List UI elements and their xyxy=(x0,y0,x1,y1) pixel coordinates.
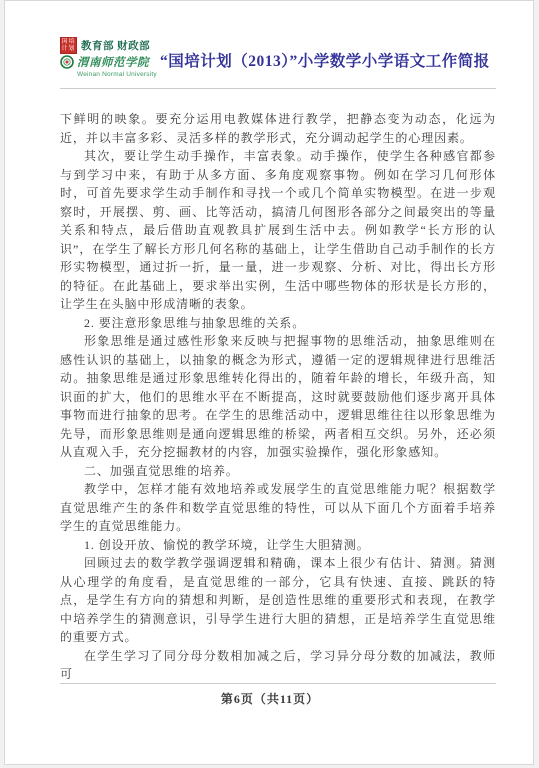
university-row: 渭南师范学院 xyxy=(60,54,160,70)
university-name-en: Weinan Normal University xyxy=(77,71,160,78)
paragraph: 在学生学习了同分母分数相加减之后，学习异分母分数的加减法，教师可 xyxy=(60,647,496,684)
logo-block: 国培 计划 教育部 财政部 渭南师范学院 Weinan Normal Unive… xyxy=(60,37,160,78)
document-page: 国培 计划 教育部 财政部 渭南师范学院 Weinan Normal Unive… xyxy=(4,0,534,765)
seal-text-line2: 计划 xyxy=(61,46,76,53)
paragraph: 回顾过去的数学教学强调逻辑和精确，课本上很少有估计、猜测。猜测从心理学的角度看，… xyxy=(60,554,496,647)
seal-text-line1: 国培 xyxy=(61,39,76,46)
section-heading: 二、加强直觉思维的培养。 xyxy=(60,462,496,481)
paragraph: 下鲜明的映象。要充分运用电教媒体进行教学，把静态变为动态，化远为近，并以丰富多彩… xyxy=(60,110,496,147)
paragraph: 教学中，怎样才能有效地培养或发展学生的直觉思维能力呢？根据数学直觉思维产生的条件… xyxy=(60,480,496,536)
paragraph: 形象思维是通过感性形象来反映与把握事物的思维活动，抽象思维则在感性认识的基础上，… xyxy=(60,332,496,462)
university-emblem-icon xyxy=(60,55,74,69)
document-body: 下鲜明的映象。要充分运用电教媒体进行教学，把静态变为动态，化远为近，并以丰富多彩… xyxy=(60,110,496,684)
guopei-seal-icon: 国培 计划 xyxy=(60,37,77,54)
sub-heading: 1. 创设开放、愉悦的教学环境，让学生大胆猜测。 xyxy=(60,536,496,555)
header-divider xyxy=(60,88,496,89)
bulletin-title: “国培计划（2013）”小学数学小学语文工作简报 xyxy=(160,45,490,71)
ministry-row: 国培 计划 教育部 财政部 xyxy=(60,37,160,54)
page-number: 第6页（共11页） xyxy=(5,690,535,707)
paragraph: 其次，要让学生动手操作，丰富表象。动手操作，使学生各种感官都参与到学习中来，有助… xyxy=(60,147,496,314)
university-name-cn: 渭南师范学院 xyxy=(77,54,149,70)
bulletin-header: 国培 计划 教育部 财政部 渭南师范学院 Weinan Normal Unive… xyxy=(60,37,520,78)
footer-divider xyxy=(60,683,496,684)
paragraph: 2. 要注意形象思维与抽象思维的关系。 xyxy=(60,314,496,333)
ministry-names: 教育部 财政部 xyxy=(81,38,150,53)
